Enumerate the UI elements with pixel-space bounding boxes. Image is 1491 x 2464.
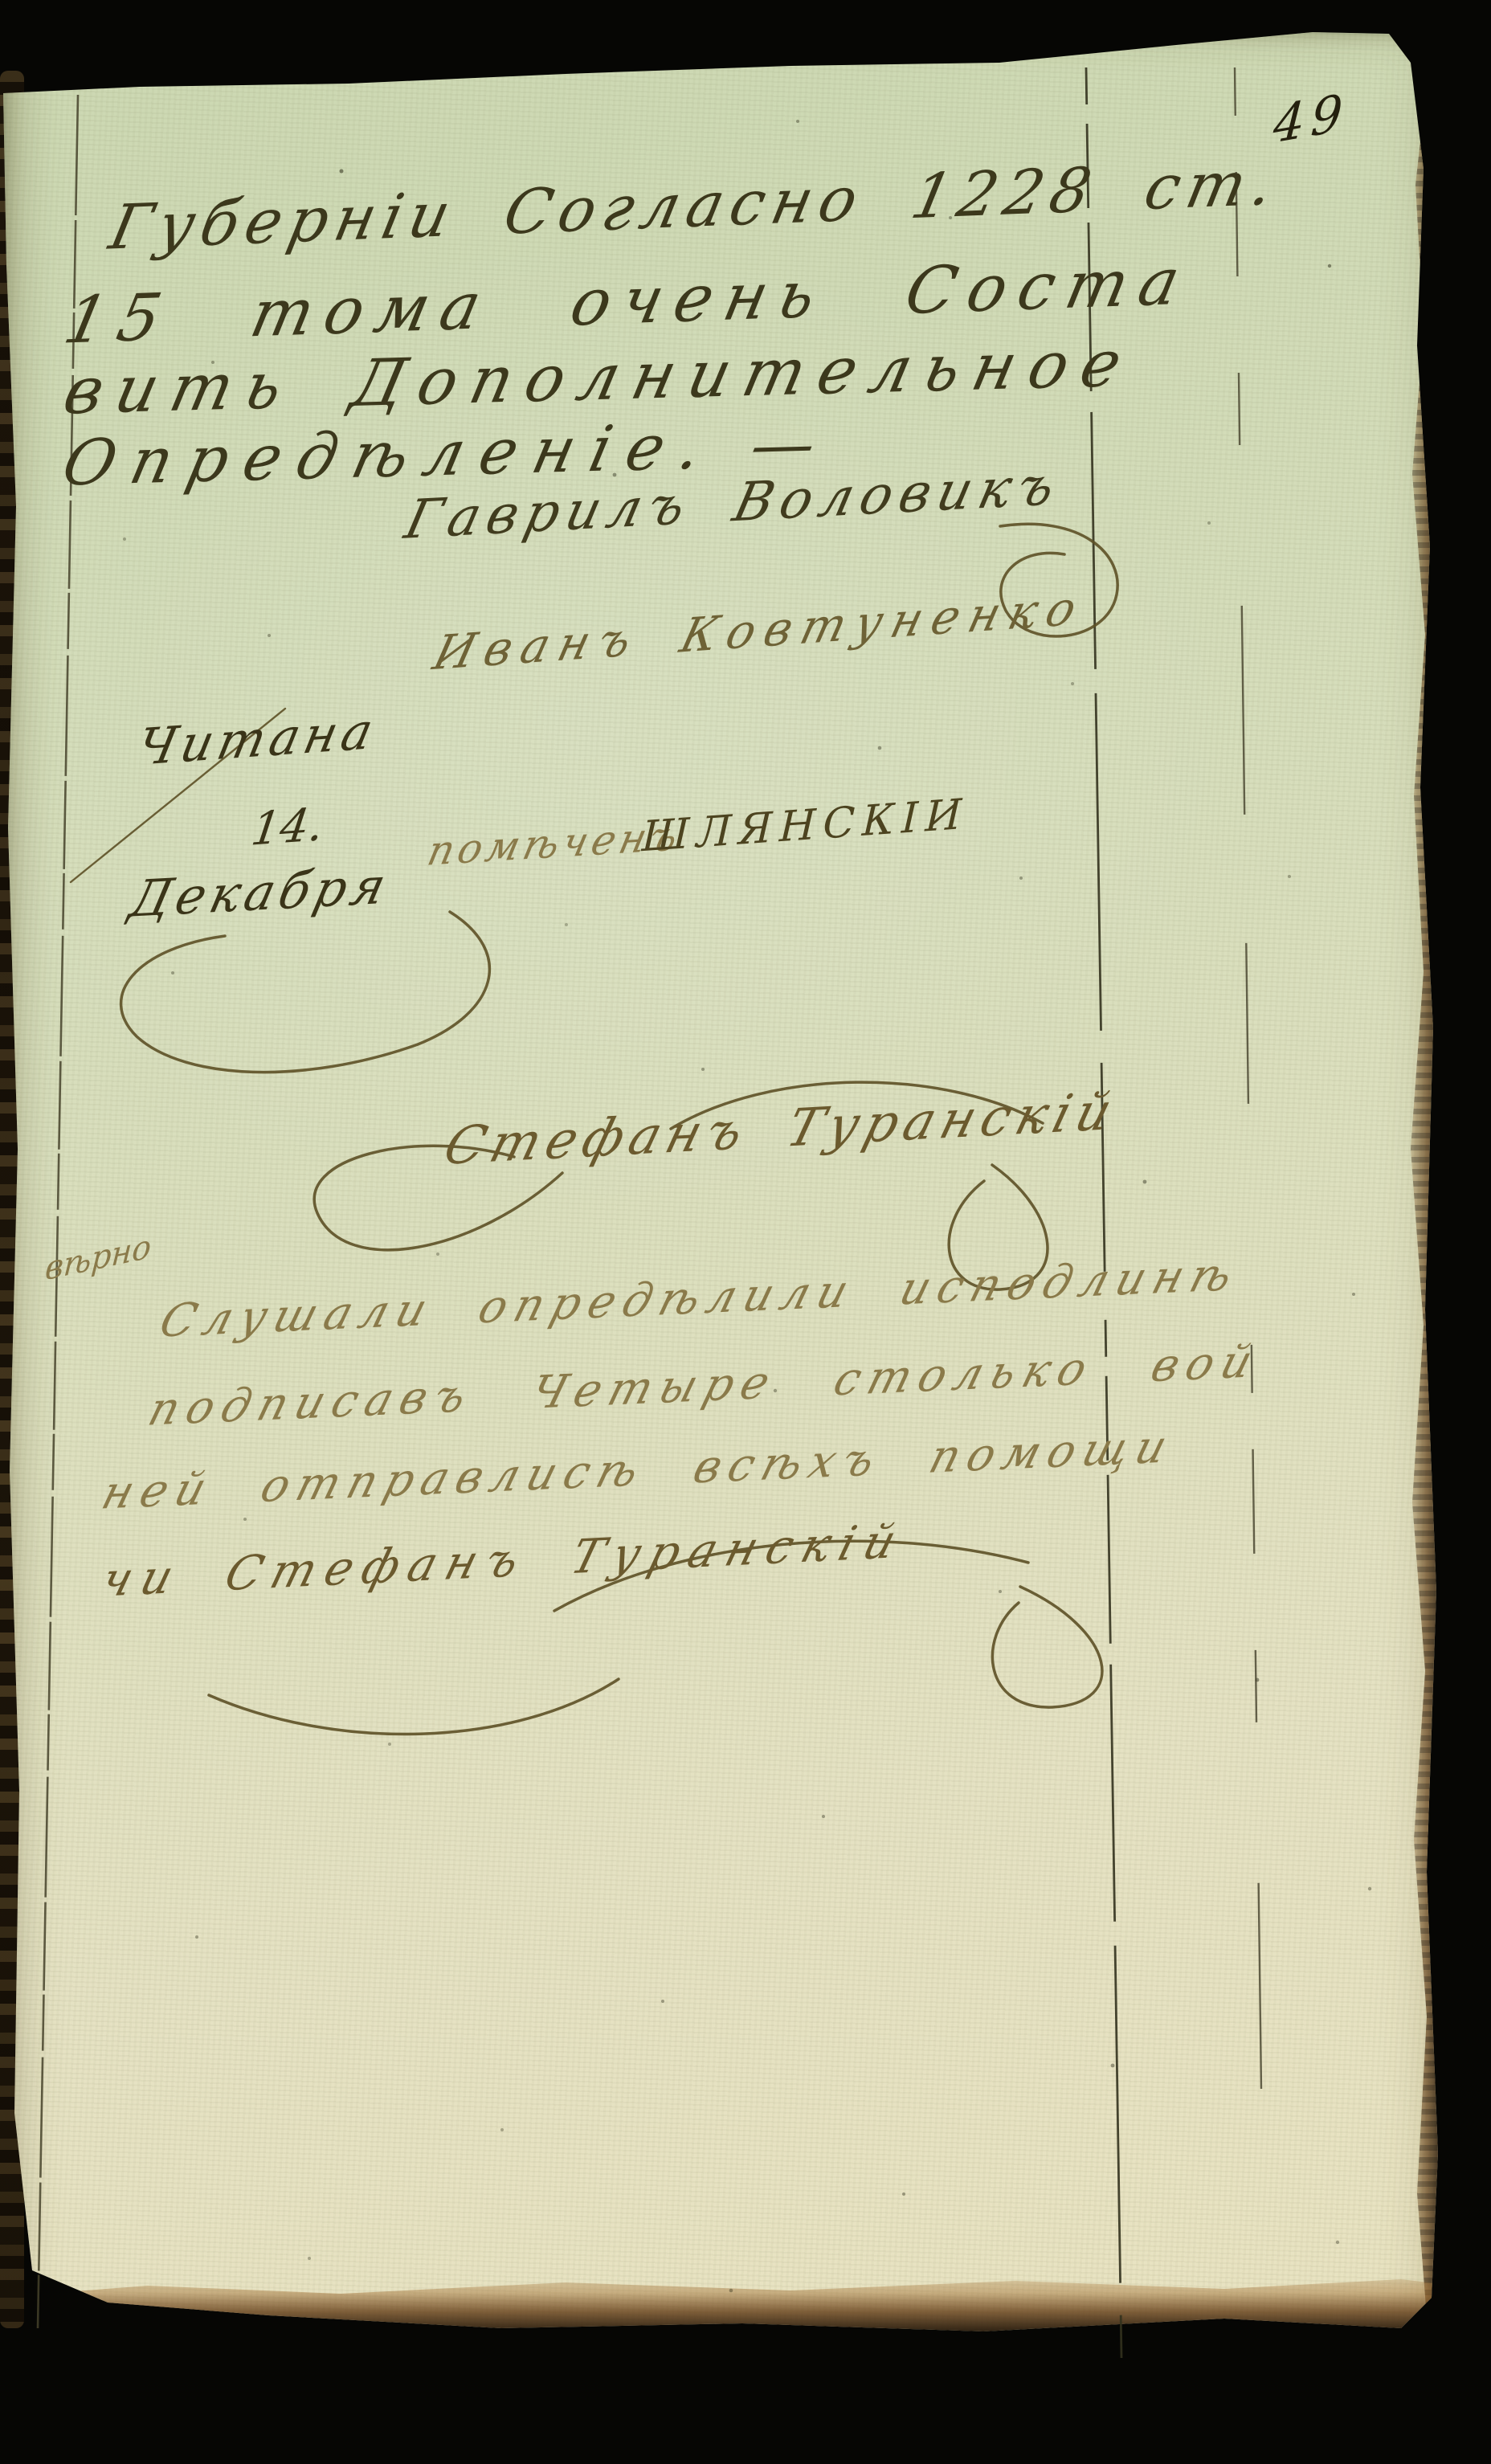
photographed-book-spread: 49 Губерніи Согласно 1228 ст. 15 тома оч…: [0, 0, 1491, 2464]
paper-stain: [453, 2354, 582, 2394]
margin-note-day: 14.: [248, 799, 327, 856]
foxing-specks: [3, 24, 5, 26]
page-fore-edge: [1396, 24, 1441, 2338]
page-bottom-edge: [3, 2262, 1456, 2335]
